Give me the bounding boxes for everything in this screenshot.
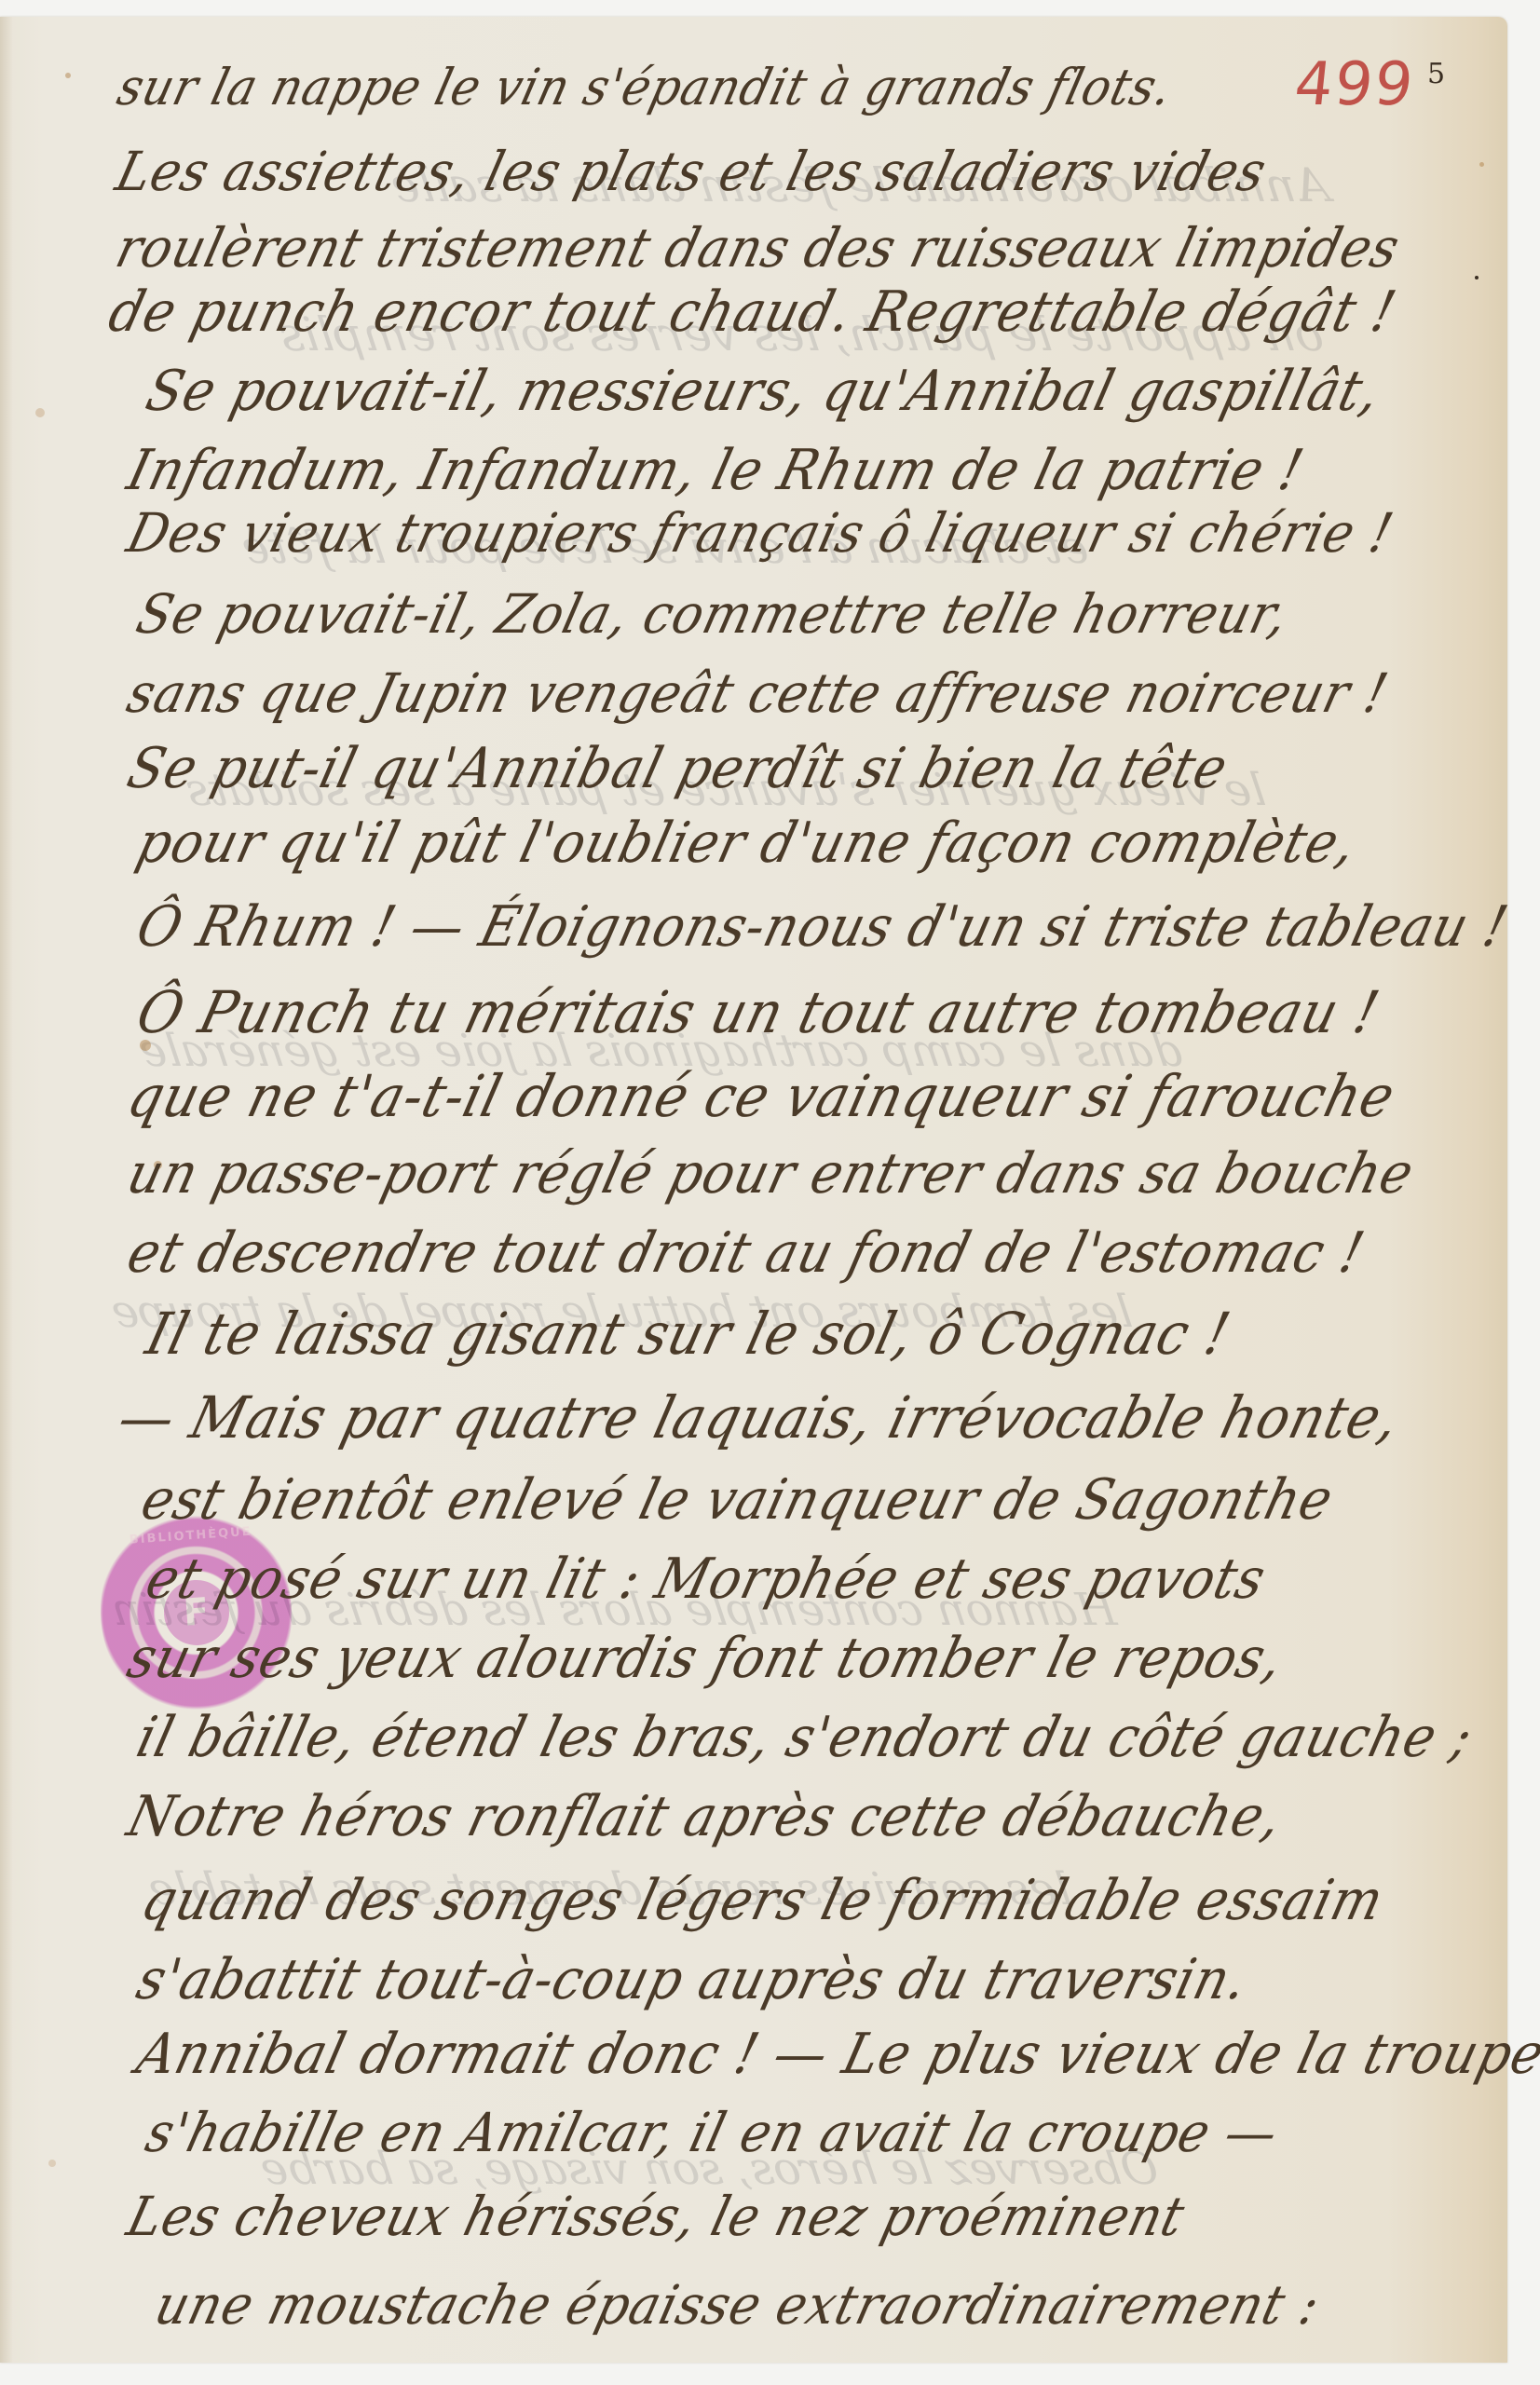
- manuscript-line: de punch encor tout chaud. Regrettable d…: [102, 279, 1402, 345]
- foxing-spot: [48, 2160, 56, 2167]
- manuscript-line: Les cheveux hérissés, le nez proéminent: [121, 2185, 1192, 2248]
- foxing-spot: [65, 73, 71, 78]
- manuscript-line: Il te laissa gisant sur le sol, ô Cognac…: [140, 1300, 1237, 1368]
- manuscript-line: Ô Punch tu méritais un tout autre tombea…: [130, 978, 1386, 1046]
- manuscript-line: pour qu'il pût l'oublier d'une façon com…: [130, 811, 1363, 876]
- manuscript-line: est bientôt enlevé le vainqueur de Sagon…: [135, 1467, 1340, 1533]
- leaf-number: 5: [1427, 58, 1445, 90]
- manuscript-line: roulèrent tristement dans des ruisseaux …: [110, 216, 1406, 279]
- manuscript-line: s'habille en Amilcar, il en avait la cro…: [140, 2101, 1285, 2164]
- foxing-spot: [1475, 276, 1479, 279]
- manuscript-line: il bâille, étend les bras, s'endort du c…: [130, 1705, 1479, 1770]
- manuscript-line: et descendre tout droit au fond de l'est…: [121, 1220, 1370, 1286]
- manuscript-line: et posé sur un lit : Morphée et ses pavo…: [140, 1547, 1273, 1612]
- manuscript-line: Se put-il qu'Annibal perdît si bien la t…: [121, 736, 1234, 801]
- manuscript-line: quand des songes légers le formidable es…: [135, 1868, 1390, 1933]
- manuscript-line: Les assiettes, les plats et les saladier…: [110, 140, 1273, 203]
- manuscript-line: sur la nappe le vin s'épandit à grands f…: [112, 58, 1179, 116]
- manuscript-line: un passe-port réglé pour entrer dans sa …: [121, 1141, 1421, 1206]
- manuscript-page: Annibal ordonnait le festin dans la sall…: [0, 17, 1507, 2363]
- manuscript-line: Se pouvait-il, Zola, commettre telle hor…: [130, 582, 1295, 646]
- manuscript-line: s'abattit tout-à-coup auprès du traversi…: [130, 1947, 1254, 2012]
- manuscript-line: sans que Jupin vengeât cette affreuse no…: [121, 661, 1395, 725]
- manuscript-line: — Mais par quatre laquais, irrévocable h…: [112, 1383, 1407, 1451]
- manuscript-line: sur ses yeux alourdis font tomber le rep…: [121, 1626, 1289, 1691]
- manuscript-line: une moustache épaisse extraordinairement…: [149, 2273, 1327, 2337]
- manuscript-line: Ô Rhum ! — Éloignons-nous d'un si triste…: [130, 894, 1515, 960]
- manuscript-line: Annibal dormait donc ! — Le plus vieux d…: [130, 2022, 1540, 2087]
- manuscript-line: Notre héros ronflait après cette débauch…: [121, 1784, 1288, 1849]
- manuscript-line: Se pouvait-il, messieurs, qu'Annibal gas…: [140, 359, 1387, 424]
- foxing-spot: [35, 408, 45, 417]
- foxing-spot: [1479, 162, 1484, 167]
- manuscript-line: que ne t'a-t-il donné ce vainqueur si fa…: [121, 1062, 1402, 1130]
- manuscript-line: Infandum, Infandum, le Rhum de la patrie…: [121, 438, 1310, 503]
- manuscript-line: Des vieux troupiers français ô liqueur s…: [121, 501, 1399, 565]
- folio-number: 499: [1291, 50, 1418, 119]
